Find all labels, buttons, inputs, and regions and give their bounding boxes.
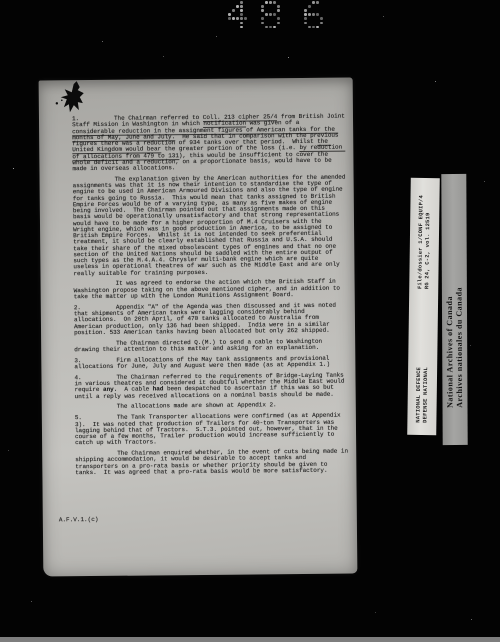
page-number-stamp (228, 1, 328, 31)
paragraph: The Chairman enquired whether, in the ev… (75, 449, 348, 477)
national-defence-line2: DEFENSE NATIONAL (422, 367, 430, 423)
file-reference-text: RG 24, C-2, vol. 12519 File/dossier 1/CO… (409, 183, 440, 301)
page-number-digit (304, 1, 325, 30)
paragraph: The allocations made are shown at Append… (75, 402, 348, 411)
paragraph: The Chairman directed Q.(M.) to send a c… (74, 338, 347, 353)
ink-blot (53, 81, 97, 115)
paragraph: The explanation given by the American au… (73, 174, 347, 277)
paragraph: 5.The Tank Transporter allocations were … (75, 413, 348, 447)
scan-edge-bar (0, 637, 500, 642)
photograph-background: 1.The Chairman referred to Coll. 213 cip… (0, 0, 500, 642)
archives-label: National Archives of Canada Archives nat… (441, 174, 467, 445)
archives-label-line1: National Archives of Canada (445, 287, 455, 408)
file-reference-label: RG 24, C-2, vol. 12519 File/dossier 1/CO… (407, 178, 440, 435)
dust-specks (0, 0, 1, 1)
paragraph: 4.The Chairman referred to the requireme… (74, 372, 347, 400)
archives-label-line2: Archives nationales du Canada (454, 287, 464, 408)
document-page: 1.The Chairman referred to Coll. 213 cip… (39, 78, 358, 577)
paragraph-number: 5. (75, 415, 82, 421)
paragraph: 2.Appendix "A" of the Agenda was then di… (74, 302, 347, 336)
page-number-digit (228, 1, 249, 30)
paragraph: 1.The Chairman referred to Coll. 213 cip… (72, 114, 346, 173)
archives-label-text: National Archives of Canada Archives nat… (442, 256, 468, 438)
paragraph-number: 2. (74, 305, 81, 311)
document-text: 1.The Chairman referred to Coll. 213 cip… (72, 114, 348, 481)
paragraph: It was agreed to endorse the action whic… (74, 279, 347, 300)
page-number-digit (261, 1, 282, 30)
national-defence-stamp: NATIONAL DEFENCE DEFENSE NATIONAL (407, 358, 437, 432)
paragraph: 3.Firm allocations of the May tank assig… (74, 355, 347, 370)
paragraph-number: 1. (72, 116, 79, 122)
paragraph-number: 4. (74, 375, 81, 381)
paragraph-number: 3. (74, 358, 81, 364)
file-reference-line2: File/dossier 1/CONF EQUIP/4 (417, 195, 425, 289)
document-reference: A.F.V.1.(c) (59, 516, 99, 523)
